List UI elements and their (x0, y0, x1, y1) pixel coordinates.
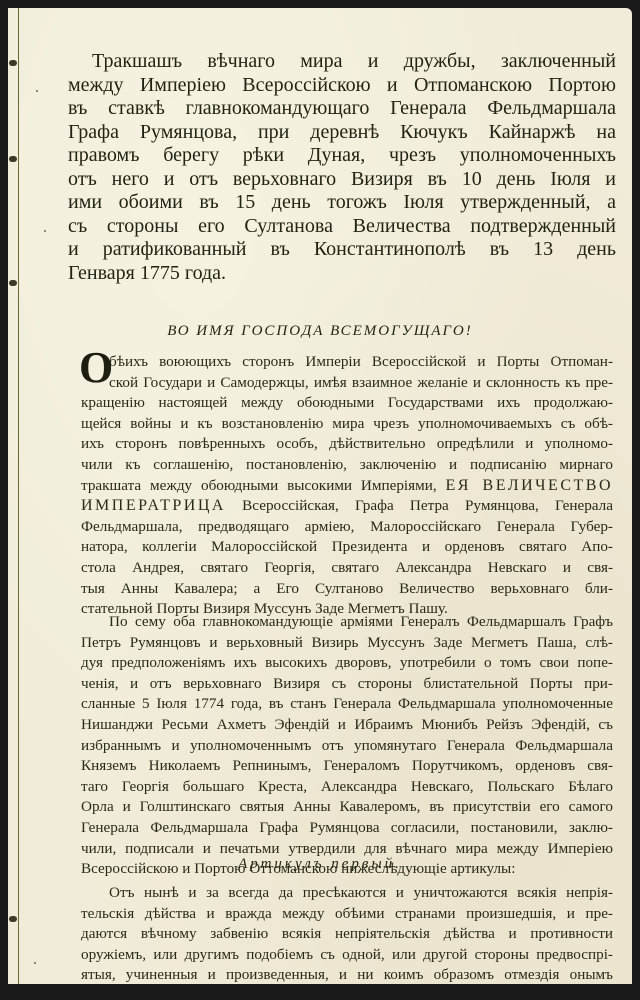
text-line: ятыя, учиненныя и произведенныя, и ни ко… (81, 965, 613, 984)
text-line: стола Андрея, святаго Георгія, святаго А… (81, 558, 613, 579)
text-fragment: Всероссійская, Графа Петра Румянцова, Ге… (242, 497, 613, 514)
preamble-paragraph: О бѣихъ воюющихъ сторонъ Имперіи Всеросс… (81, 352, 613, 620)
text-line: ченія, и отъ верьховнаго Визиря съ сторо… (81, 674, 613, 695)
title-line: Генваря 1775 года. (68, 262, 616, 286)
text-line: Петръ Румянцовъ и верьховный Визирь Мусс… (81, 633, 613, 654)
text-line: Генерала Фельдмаршала Графа Румянцова со… (81, 818, 613, 839)
text-line: тракшата между обоюдными высокими Импері… (81, 476, 613, 497)
text-line: Орла и Голштинскаго святыя Анны Кавалеро… (81, 797, 613, 818)
text-line: таго Георгія большаго Креста, Александра… (81, 777, 613, 798)
binding-stitch (9, 280, 17, 286)
text-line: избраннымъ и уполномоченнымъ отъ упомяну… (81, 736, 613, 757)
text-line: Отъ нынѣ и за всегда да пресѣкаются и ун… (81, 883, 613, 904)
title-line: Графа Румянцова, при деревнѣ Кючукъ Кайн… (68, 121, 616, 145)
binding-stitch (9, 60, 17, 66)
invocation-heading: ВО ИМЯ ГОСПОДА ВСЕМОГУЩАГО! (8, 323, 632, 340)
title-line: ими обоими въ 15 день тогожъ Іюля утверж… (68, 191, 616, 215)
text-line: ИМПЕРАТРИЦА Всероссійская, Графа Петра Р… (81, 496, 613, 517)
treaty-title: Тракшашъ вѣчнаго мира и дружбы, заключен… (68, 50, 616, 285)
paper-speck (44, 230, 46, 232)
text-line: ской Государи и Самодержцы, имѣя взаимно… (81, 373, 613, 394)
text-line: Нишанджи Ресьми Ахметъ Эфендій и Ибраимъ… (81, 715, 613, 736)
text-line: По сему оба главнокомандующіе арміями Ге… (81, 612, 613, 633)
binding-stitch (9, 916, 17, 922)
article-heading: Артикулъ первый. (8, 856, 632, 873)
paper-speck (36, 90, 38, 92)
title-line: Тракшашъ вѣчнаго мира и дружбы, заключен… (68, 50, 616, 74)
binding-edge (8, 8, 19, 984)
text-fragment: тракшата между обоюдными высокими Импері… (81, 477, 437, 494)
text-line: сланные 5 Іюля 1774 года, въ станъ Генер… (81, 694, 613, 715)
text-line: Княземъ Николаемъ Репнинымъ, Генераломъ … (81, 756, 613, 777)
title-line: въ ставкѣ главнокомандующаго Генерала Фе… (68, 97, 616, 121)
text-line: Фельдмаршала, предводящаго арміею, Малор… (81, 517, 613, 538)
text-line: кращенію настоящей между обоюдными Госуд… (81, 393, 613, 414)
text-line: ихъ сторонъ повѣренныхъ особъ, дѣйствите… (81, 434, 613, 455)
article-one-paragraph: Отъ нынѣ и за всегда да пресѣкаются и ун… (81, 883, 613, 984)
text-line: даются вѣчному забвенію всякія непріятел… (81, 924, 613, 945)
text-line: натора, коллегіи Малороссійской Президен… (81, 537, 613, 558)
text-line: бѣихъ воюющихъ сторонъ Имперіи Всероссій… (81, 352, 613, 373)
paper-speck (34, 962, 36, 964)
text-line: чили къ соглашенію, постановленію, заклю… (81, 455, 613, 476)
drop-cap: О (79, 348, 113, 388)
caps-title: ЕЯ ВЕЛИЧЕСТВО (446, 477, 613, 494)
title-line: между Имперіею Всероссійскою и Отпоманск… (68, 74, 616, 98)
text-line: дуя предположеніямъ ихъ высокихъ дворовъ… (81, 653, 613, 674)
text-line: тельскія дѣйства и вражда между обѣими с… (81, 904, 613, 925)
caps-title: ИМПЕРАТРИЦА (81, 497, 226, 514)
text-line: щейся войны и къ возстановленію мира чре… (81, 414, 613, 435)
text-line: оружіемъ, или другимъ подобіемъ съ одной… (81, 945, 613, 966)
scanned-page: Тракшашъ вѣчнаго мира и дружбы, заключен… (8, 8, 632, 984)
dropcap-line: О бѣихъ воюющихъ сторонъ Имперіи Всеросс… (81, 352, 613, 393)
second-paragraph: По сему оба главнокомандующіе арміями Ге… (81, 612, 613, 880)
title-line: правомъ берегу рѣки Дуная, чрезъ уполном… (68, 144, 616, 168)
title-line: и ратификованный въ Константинополѣ въ 1… (68, 238, 616, 262)
text-line: тыя Анны Кавалера; а Его Султаново Велич… (81, 579, 613, 600)
binding-stitch (9, 156, 17, 162)
title-line: съ стороны его Султанова Величества подт… (68, 215, 616, 239)
title-line: отъ него и отъ верьховнаго Визиря въ 10 … (68, 168, 616, 192)
